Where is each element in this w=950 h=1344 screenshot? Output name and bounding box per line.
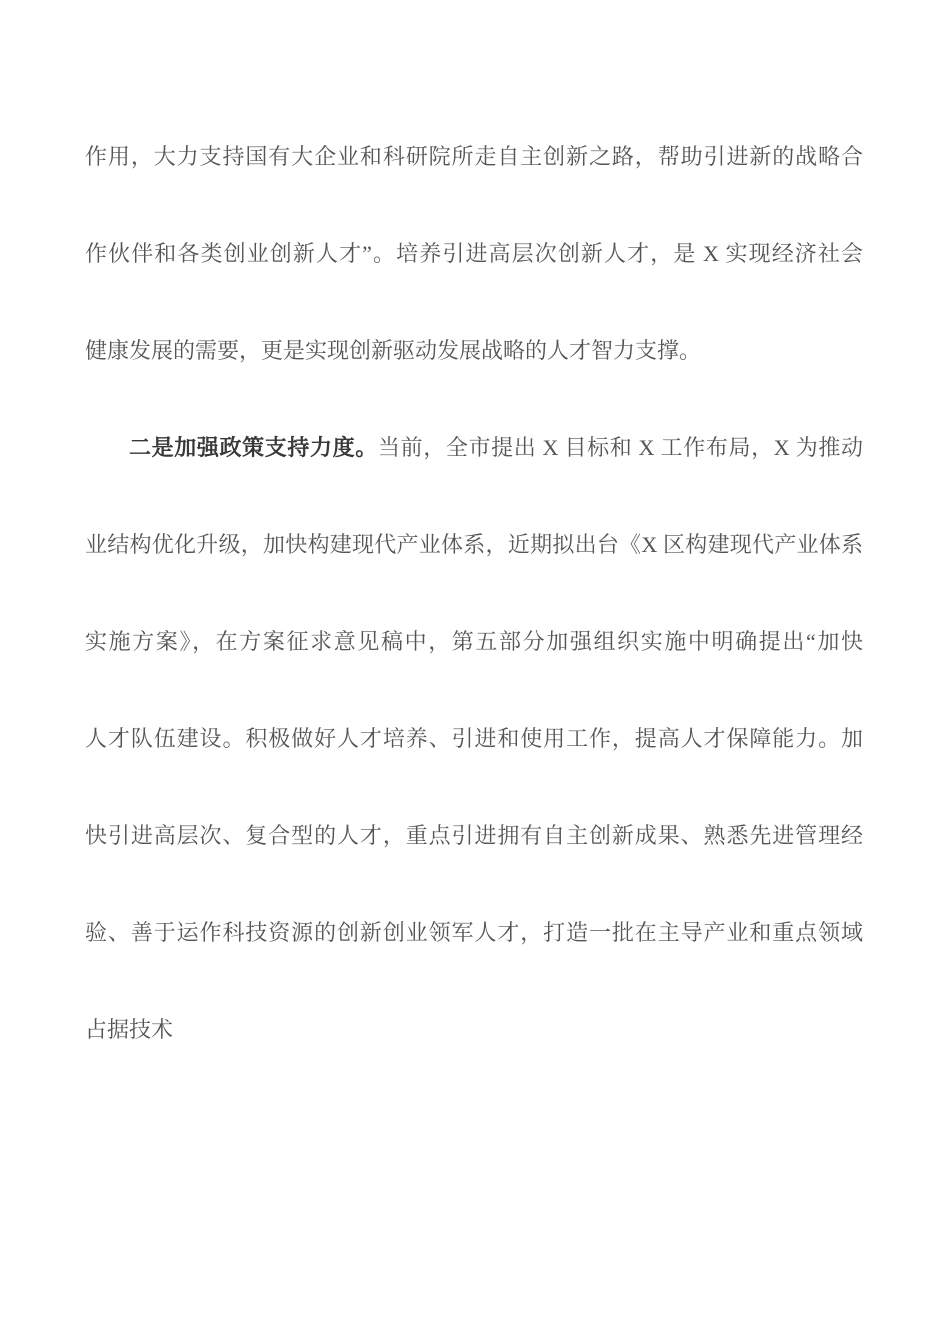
document-body: 作用，大力支持国有大企业和科研院所走自主创新之路，帮助引进新的战略合 作伙伴和各… [85, 108, 863, 1078]
paragraph2-line-5: 快引进高层次、复合型的人才，重点引进拥有自主创新成果、熟悉先进管理经 [85, 787, 863, 884]
paragraph2-line-3: 实施方案》，在方案征求意见稿中，第五部分加强组织实施中明确提出“加快 [85, 593, 863, 690]
paragraph1-line-1: 作用，大力支持国有大企业和科研院所走自主创新之路，帮助引进新的战略合 [85, 108, 863, 205]
paragraph2-line-4: 人才队伍建设。积极做好人才培养、引进和使用工作，提高人才保障能力。加 [85, 690, 863, 787]
paragraph2-heading-line: 二是加强政策支持力度。当前，全市提出 X 目标和 X 工作布局，X 为推动产 [85, 399, 863, 496]
paragraph1-line-2: 作伙伴和各类创业创新人才”。培养引进高层次创新人才，是 X 实现经济社会 [85, 205, 863, 302]
paragraph2-line-7: 占据技术 [85, 981, 863, 1078]
paragraph2-lead-bold: 二是加强政策支持力度。 [129, 435, 378, 460]
document-page: 作用，大力支持国有大企业和科研院所走自主创新之路，帮助引进新的战略合 作伙伴和各… [0, 0, 950, 1344]
paragraph1-line-3: 健康发展的需要，更是实现创新驱动发展战略的人才智力支撑。 [85, 302, 863, 399]
paragraph2-line-2: 业结构优化升级，加快构建现代产业体系，近期拟出台《X 区构建现代产业体系 [85, 496, 863, 593]
paragraph2-line-6: 验、善于运作科技资源的创新创业领军人才，打造一批在主导产业和重点领域 [85, 884, 863, 981]
